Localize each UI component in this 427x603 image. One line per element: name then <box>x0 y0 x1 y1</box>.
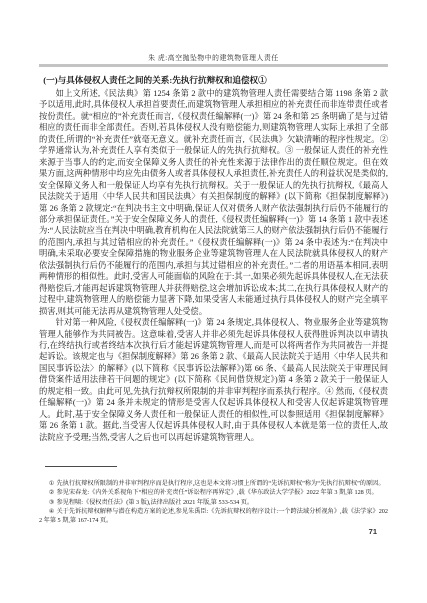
footnote-1-text: 先执行抗辩权所限制的并非审判程序而是执行程序,这也是本文将习惯上所谓的“先诉抗辩… <box>56 480 384 487</box>
footnote-separator <box>45 466 117 467</box>
page-content: (一)与具体侵权人责任之间的关系:先执行抗辩权和追偿权① 如上文所述,《民法典》… <box>39 74 388 443</box>
footnote-4-marker: ④ <box>49 508 55 515</box>
footnote-4: ④关于先诉抗辩权解释与潜在构造方案的论述,参见朱禹臣:《先诉抗辩权的程序设计:一… <box>39 507 388 526</box>
footnote-4-text: 关于先诉抗辩权解释与潜在构造方案的论述,参见朱禹臣:《先诉抗辩权的程序设计:一个… <box>39 508 388 524</box>
running-title: 朱 虎:高空抛坠物中的建筑物管理人责任 <box>148 55 279 62</box>
footnote-2: ②参见宋春龙:《内外关系视角下“相应的补充责任”诉讼程序再界定》,载《华东政法大… <box>39 488 388 497</box>
page-number: 71 <box>369 527 377 536</box>
footnote-3-text: 参见程啸:《侵权责任法》(第 3 版),法律出版社 2021 年版,第 533-… <box>56 499 253 506</box>
footnote-2-text: 参见宋春龙:《内外关系视角下“相应的补充责任”诉讼程序再界定》,载《华东政法大学… <box>56 489 377 496</box>
footnote-3: ③参见程啸:《侵权责任法》(第 3 版),法律出版社 2021 年版,第 533… <box>39 498 388 507</box>
body-paragraph-1: 如上文所述,《民法典》第 1254 条第 2 款中的建筑物管理人责任需要结合第 … <box>39 88 388 317</box>
footnote-area: ①先执行抗辩权所限制的并非审判程序而是执行程序,这也是本文将习惯上所谓的“先诉抗… <box>39 466 388 525</box>
running-header: 朱 虎:高空抛坠物中的建筑物管理人责任 <box>39 52 388 62</box>
footnote-1-marker: ① <box>49 480 55 487</box>
body-paragraph-2: 针对第一种风险,《侵权责任编解释(一)》第 24 条规定,具体侵权人、物业服务企… <box>39 317 388 443</box>
footnote-2-marker: ② <box>49 489 55 496</box>
header-rule <box>39 64 388 67</box>
section-heading: (一)与具体侵权人责任之间的关系:先执行抗辩权和追偿权① <box>39 74 388 86</box>
footnote-3-marker: ③ <box>49 499 55 506</box>
document-page: 朱 虎:高空抛坠物中的建筑物管理人责任 (一)与具体侵权人责任之间的关系:先执行… <box>0 0 427 603</box>
footnote-1: ①先执行抗辩权所限制的并非审判程序而是执行程序,这也是本文将习惯上所谓的“先诉抗… <box>39 479 388 488</box>
